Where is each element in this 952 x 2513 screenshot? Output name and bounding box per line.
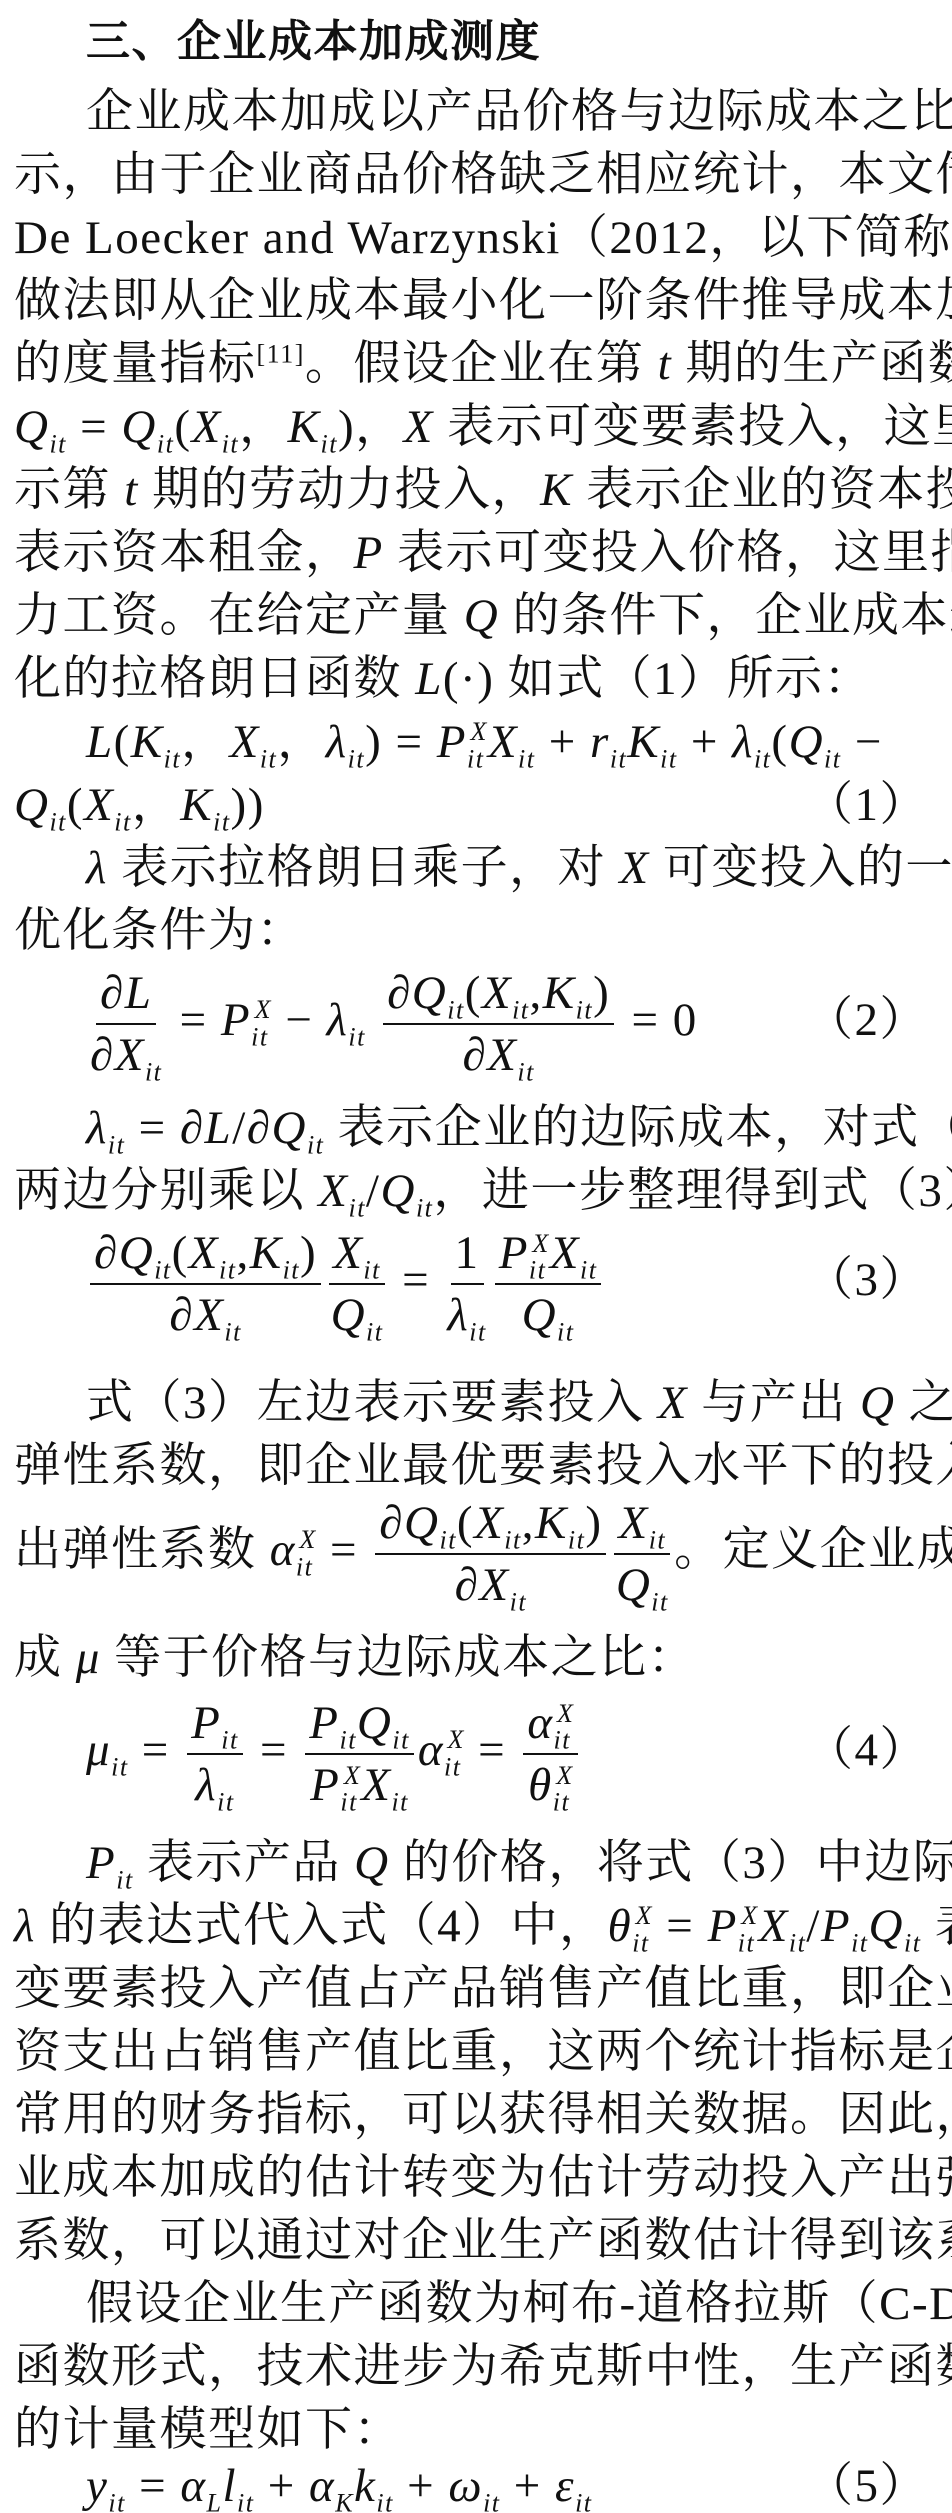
equation-number: （5）: [806, 2458, 928, 2513]
equation-4: μit = Pitλit = PitQitPitXXitαitX = αitXθ…: [86, 1690, 940, 1820]
equation-number: （3）: [806, 1220, 928, 1340]
equation-number: （4）: [806, 1690, 928, 1810]
equation-2: ∂L∂Xit = PitX − λit ∂Qit(Xit,Kit)∂Xit = …: [86, 960, 940, 1090]
equation-3: ∂Qit(Xit,Kit)∂XitXitQit = 1λitPitXXitQit…: [86, 1220, 940, 1350]
section-heading: 三、企业成本加成测度: [86, 14, 940, 70]
equation-5: yit = αLlit + αKkit + ωit + εit （5）: [86, 2458, 940, 2513]
citation[interactable]: [11]: [257, 339, 305, 368]
equation-number: （1）: [806, 777, 928, 833]
equation-number: （2）: [806, 960, 928, 1080]
